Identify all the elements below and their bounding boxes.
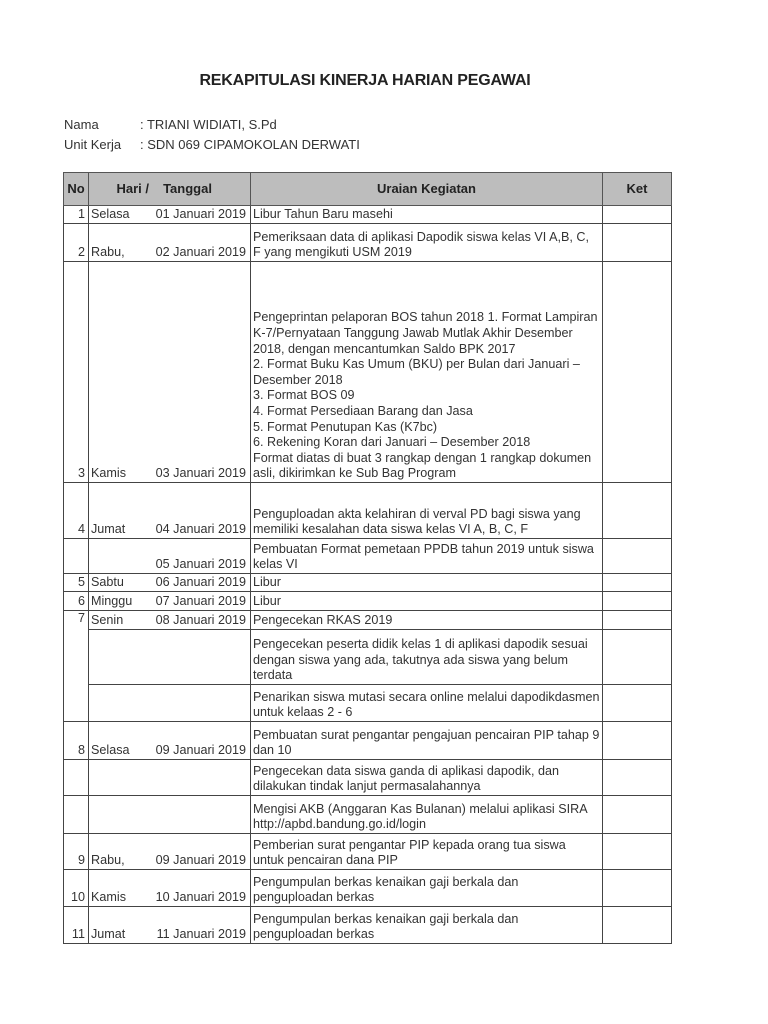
meta-value-unit-kerja: : SDN 069 CIPAMOKOLAN DERWATI	[140, 137, 360, 152]
cell-ket	[603, 483, 672, 539]
cell-hari: Selasa	[91, 743, 141, 759]
cell-ket	[603, 206, 672, 224]
cell-uraian: Pembuatan Format pemetaan PPDB tahun 201…	[251, 539, 603, 574]
cell-uraian: Pengecekan data siswa ganda di aplikasi …	[251, 760, 603, 796]
meta-unit-kerja: Unit Kerja: SDN 069 CIPAMOKOLAN DERWATI	[64, 137, 360, 152]
table-row: 2Rabu,02 Januari 2019Pemeriksaan data di…	[64, 224, 672, 262]
cell-uraian: Pengumpulan berkas kenaikan gaji berkala…	[251, 870, 603, 907]
cell-hari-tanggal: Jumat04 Januari 2019	[89, 483, 251, 539]
cell-tanggal: 09 Januari 2019	[141, 853, 248, 869]
table-header-row: No Hari / Tanggal Uraian Kegiatan Ket	[64, 173, 672, 206]
cell-tanggal: 09 Januari 2019	[141, 743, 248, 759]
cell-no	[64, 539, 89, 574]
cell-ket	[603, 722, 672, 760]
cell-hari-tanggal: Jumat11 Januari 2019	[89, 907, 251, 944]
cell-tanggal: 11 Januari 2019	[141, 927, 248, 943]
cell-no: 4	[64, 483, 89, 539]
cell-uraian: Pengecekan RKAS 2019	[251, 611, 603, 630]
cell-no: 5	[64, 574, 89, 592]
cell-no: 10	[64, 870, 89, 907]
cell-uraian: Pengecekan peserta didik kelas 1 di apli…	[251, 630, 603, 685]
cell-uraian: Pemeriksaan data di aplikasi Dapodik sis…	[251, 224, 603, 262]
cell-ket	[603, 907, 672, 944]
cell-ket	[603, 685, 672, 722]
cell-hari-tanggal: Kamis03 Januari 2019	[89, 262, 251, 483]
cell-uraian: Penguploadan akta kelahiran di verval PD…	[251, 483, 603, 539]
cell-ket	[603, 574, 672, 592]
table-row: 4Jumat04 Januari 2019Penguploadan akta k…	[64, 483, 672, 539]
cell-hari-tanggal: Sabtu06 Januari 2019	[89, 574, 251, 592]
meta-value-nama: : TRIANI WIDIATI, S.Pd	[140, 117, 277, 132]
cell-hari: Minggu	[91, 594, 141, 610]
table-row: Pengecekan peserta didik kelas 1 di apli…	[64, 630, 672, 685]
table-row: 1Selasa01 Januari 2019Libur Tahun Baru m…	[64, 206, 672, 224]
cell-no: 7	[64, 611, 89, 722]
cell-uraian: Pengumpulan berkas kenaikan gaji berkala…	[251, 907, 603, 944]
table-row: 5Sabtu06 Januari 2019Libur	[64, 574, 672, 592]
cell-hari: Kamis	[91, 890, 141, 906]
table-row: 3Kamis03 Januari 2019Pengeprintan pelapo…	[64, 262, 672, 483]
cell-no: 8	[64, 722, 89, 760]
cell-no	[64, 760, 89, 796]
cell-ket	[603, 224, 672, 262]
cell-uraian: Pengeprintan pelaporan BOS tahun 2018 1.…	[251, 262, 603, 483]
cell-hari: Rabu,	[91, 853, 141, 869]
cell-hari: Jumat	[91, 927, 141, 943]
cell-hari-tanggal: Rabu,09 Januari 2019	[89, 834, 251, 870]
meta-label-nama: Nama	[64, 117, 140, 132]
cell-no: 1	[64, 206, 89, 224]
cell-no: 6	[64, 592, 89, 611]
cell-tanggal: 08 Januari 2019	[141, 613, 248, 629]
cell-hari: Sabtu	[91, 575, 141, 591]
cell-hari: Rabu,	[91, 245, 141, 261]
cell-hari-tanggal: Selasa01 Januari 2019	[89, 206, 251, 224]
cell-hari-tanggal	[89, 685, 251, 722]
kinerja-table: No Hari / Tanggal Uraian Kegiatan Ket 1S…	[63, 172, 672, 944]
cell-hari-tanggal: Senin08 Januari 2019	[89, 611, 251, 630]
cell-hari-tanggal: Selasa09 Januari 2019	[89, 722, 251, 760]
cell-hari-tanggal: Rabu,02 Januari 2019	[89, 224, 251, 262]
cell-uraian: Pemberian surat pengantar PIP kepada ora…	[251, 834, 603, 870]
table-row: 11Jumat11 Januari 2019Pengumpulan berkas…	[64, 907, 672, 944]
cell-tanggal: 03 Januari 2019	[141, 466, 248, 482]
cell-hari-tanggal: 05 Januari 2019	[89, 539, 251, 574]
meta-nama: Nama: TRIANI WIDIATI, S.Pd	[64, 117, 277, 132]
document-title: REKAPITULASI KINERJA HARIAN PEGAWAI	[0, 72, 730, 90]
cell-uraian: Libur Tahun Baru masehi	[251, 206, 603, 224]
table-row: 7Senin08 Januari 2019Pengecekan RKAS 201…	[64, 611, 672, 630]
header-tanggal: Tanggal	[155, 181, 248, 197]
cell-ket	[603, 262, 672, 483]
cell-no: 2	[64, 224, 89, 262]
header-hari-tanggal: Hari / Tanggal	[89, 173, 251, 206]
cell-hari-tanggal: Kamis10 Januari 2019	[89, 870, 251, 907]
cell-no: 9	[64, 834, 89, 870]
cell-hari-tanggal	[89, 796, 251, 834]
table-row: 6Minggu07 Januari 2019Libur	[64, 592, 672, 611]
cell-ket	[603, 539, 672, 574]
cell-hari-tanggal	[89, 760, 251, 796]
cell-tanggal: 07 Januari 2019	[141, 594, 248, 610]
cell-tanggal: 02 Januari 2019	[141, 245, 248, 261]
cell-ket	[603, 611, 672, 630]
header-hari: Hari /	[91, 181, 155, 197]
table-row: Penarikan siswa mutasi secara online mel…	[64, 685, 672, 722]
cell-ket	[603, 834, 672, 870]
cell-no	[64, 796, 89, 834]
table-row: 05 Januari 2019Pembuatan Format pemetaan…	[64, 539, 672, 574]
cell-hari: Kamis	[91, 466, 141, 482]
cell-ket	[603, 870, 672, 907]
cell-tanggal: 10 Januari 2019	[141, 890, 248, 906]
cell-hari: Selasa	[91, 207, 141, 223]
table-body: 1Selasa01 Januari 2019Libur Tahun Baru m…	[64, 206, 672, 944]
cell-tanggal: 01 Januari 2019	[141, 207, 248, 223]
cell-uraian: Mengisi AKB (Anggaran Kas Bulanan) melal…	[251, 796, 603, 834]
table-row: Mengisi AKB (Anggaran Kas Bulanan) melal…	[64, 796, 672, 834]
table-row: 8Selasa09 Januari 2019Pembuatan surat pe…	[64, 722, 672, 760]
table-row: 10Kamis10 Januari 2019Pengumpulan berkas…	[64, 870, 672, 907]
header-uraian: Uraian Kegiatan	[251, 173, 603, 206]
cell-uraian: Penarikan siswa mutasi secara online mel…	[251, 685, 603, 722]
cell-ket	[603, 760, 672, 796]
cell-tanggal: 06 Januari 2019	[141, 575, 248, 591]
cell-ket	[603, 630, 672, 685]
header-ket: Ket	[603, 173, 672, 206]
cell-hari: Senin	[91, 613, 141, 629]
cell-ket	[603, 592, 672, 611]
meta-label-unit-kerja: Unit Kerja	[64, 137, 140, 152]
cell-hari	[91, 557, 141, 573]
cell-hari-tanggal	[89, 630, 251, 685]
cell-uraian: Libur	[251, 574, 603, 592]
header-no: No	[64, 173, 89, 206]
table-row: Pengecekan data siswa ganda di aplikasi …	[64, 760, 672, 796]
cell-uraian: Libur	[251, 592, 603, 611]
cell-ket	[603, 796, 672, 834]
cell-uraian: Pembuatan surat pengantar pengajuan penc…	[251, 722, 603, 760]
cell-tanggal: 04 Januari 2019	[141, 522, 248, 538]
cell-tanggal: 05 Januari 2019	[141, 557, 248, 573]
cell-no: 11	[64, 907, 89, 944]
cell-hari: Jumat	[91, 522, 141, 538]
table-row: 9Rabu,09 Januari 2019Pemberian surat pen…	[64, 834, 672, 870]
cell-hari-tanggal: Minggu07 Januari 2019	[89, 592, 251, 611]
cell-no: 3	[64, 262, 89, 483]
